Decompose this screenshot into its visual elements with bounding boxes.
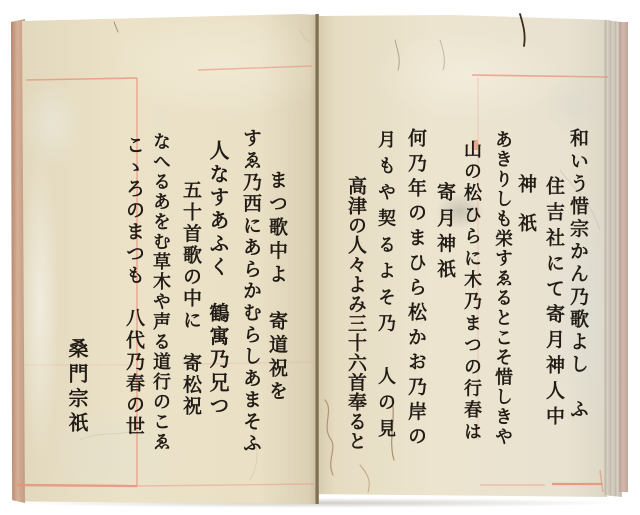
left-page-column-2: すゑ乃西にあらかむらしあまそふ <box>238 128 263 452</box>
right-page-column-9: 高津の人々よみ三十六首奉ると <box>343 176 368 450</box>
right-page-column-5: 山の松ひらに木乃まつの行春は <box>459 140 483 440</box>
open-manuscript-book: 和いう惜宗かん乃歌よし ふ 住吉社にて寄月神人中 神祇 あきりしも栄すゑるとこそ… <box>0 0 640 515</box>
left-page-column-4: 五十首歌の中に 寄松祝 <box>178 180 203 415</box>
left-page-column-1: まつ歌中よ 寄道祝を <box>264 170 289 400</box>
right-page-column-8: 月もや契るよそ乃 人の見 <box>373 130 397 437</box>
right-page-column-4: あきりしも栄すゑるとこそ惜しきや <box>490 130 514 445</box>
signature-somon-sogi: 桑門宗祇 <box>64 338 90 432</box>
left-page-column-3: 人なすあふく 鶴寓乃兄つ <box>205 140 231 415</box>
left-page-column-5: なへるあをむ草木や声る道行のこゑ <box>148 132 172 450</box>
right-page-column-7: 何乃年のまひら松かお乃岸の <box>403 128 428 445</box>
right-page-column-2: 住吉社にて寄月神人中 <box>541 176 566 425</box>
right-page-heading-yosetsuki-jingi: 寄月神祇 <box>432 182 457 278</box>
left-page-column-6: こゝろのまつも 八代乃春の世 <box>121 135 146 435</box>
right-page-heading-jingi: 神祇 <box>513 174 538 232</box>
right-page-column-1: 和いう惜宗かん乃歌よし ふ <box>565 128 590 418</box>
